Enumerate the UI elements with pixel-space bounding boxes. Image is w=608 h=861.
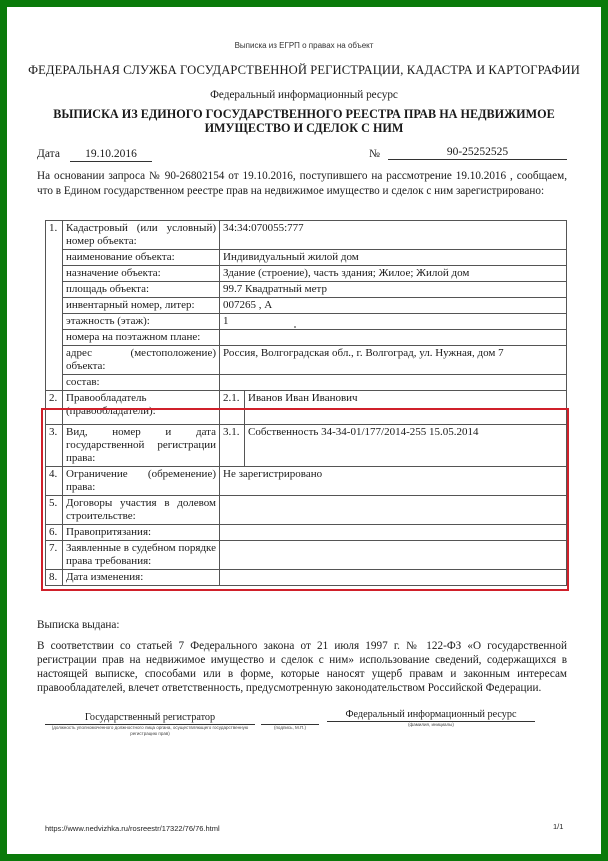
resource-name: Федеральный информационный ресурс: [7, 89, 601, 101]
signature-position-caption: (должность уполномоченного должностного …: [45, 725, 255, 736]
section-number: 4.: [46, 467, 63, 496]
row-label: инвентарный номер, литер:: [63, 298, 220, 314]
date-value: 19.10.2016: [70, 147, 152, 162]
section-number: 6.: [46, 525, 63, 541]
row-label: назначение объекта:: [63, 266, 220, 282]
table-row: состав:: [46, 375, 567, 391]
section-number: 2.: [46, 391, 63, 425]
document-page: Выписка из ЕГРП о правах на объект ФЕДЕР…: [7, 7, 601, 854]
table-row: этажность (этаж): 1: [46, 314, 567, 330]
footer-page-number: 1/1: [553, 822, 563, 831]
table-row: 2. Правообладатель (правообладатели): 2.…: [46, 391, 567, 425]
legal-notice: В соответствии со статьей 7 Федерального…: [37, 639, 567, 695]
row-value: Индивидуальный жилой дом: [220, 250, 567, 266]
row-value: [220, 570, 567, 586]
row-label: наименование объекта:: [63, 250, 220, 266]
table-row: 5. Договоры участия в долевом строительс…: [46, 496, 567, 525]
row-value: 1: [220, 314, 567, 330]
row-label: Дата изменения:: [63, 570, 220, 586]
row-value: [220, 541, 567, 570]
row-value: [220, 525, 567, 541]
top-caption: Выписка из ЕГРП о правах на объект: [7, 41, 601, 50]
document-title: ВЫПИСКА ИЗ ЕДИНОГО ГОСУДАРСТВЕННОГО РЕЕС…: [47, 107, 561, 135]
table-row: наименование объекта: Индивидуальный жил…: [46, 250, 567, 266]
table-row: площадь объекта: 99.7 Квадратный метр: [46, 282, 567, 298]
row-value: Иванов Иван Иванович: [245, 391, 567, 425]
signature-name-block: Федеральный информационный ресурс (фамил…: [327, 709, 535, 728]
scan-speck: [294, 326, 296, 328]
row-value: 007265 , А: [220, 298, 567, 314]
row-label: Правообладатель (правообладатели):: [63, 391, 220, 425]
row-label: Ограничение (обременение) права:: [63, 467, 220, 496]
number-value: 90-25252525: [388, 145, 567, 160]
row-value: Не зарегистрировано: [220, 467, 567, 496]
row-label: Заявленные в судебном порядке права треб…: [63, 541, 220, 570]
signature-sign-line: [261, 712, 319, 725]
date-label: Дата: [37, 148, 60, 160]
row-label: адрес (местоположение) объекта:: [63, 346, 220, 375]
row-label: площадь объекта:: [63, 282, 220, 298]
row-value: 99.7 Квадратный метр: [220, 282, 567, 298]
table-row: 1. Кадастровый (или условный) номер объе…: [46, 221, 567, 250]
table-row: 3. Вид, номер и дата государственной рег…: [46, 425, 567, 467]
row-label: Вид, номер и дата государственной регист…: [63, 425, 220, 467]
row-label: Правопритязания:: [63, 525, 220, 541]
signature-name: Федеральный информационный ресурс: [327, 709, 535, 722]
table-row: 4. Ограничение (обременение) права: Не з…: [46, 467, 567, 496]
table-row: 7. Заявленные в судебном порядке права т…: [46, 541, 567, 570]
section-number: 1.: [46, 221, 63, 391]
row-label: состав:: [63, 375, 220, 391]
row-label: этажность (этаж):: [63, 314, 220, 330]
table-row: адрес (местоположение) объекта: Россия, …: [46, 346, 567, 375]
signature-position: Государственный регистратор: [45, 712, 255, 725]
sub-number: 3.1.: [220, 425, 245, 467]
signature-position-block: Государственный регистратор (должность у…: [45, 712, 255, 736]
row-value: 34:34:070055:777: [220, 221, 567, 250]
row-label: Договоры участия в долевом строительстве…: [63, 496, 220, 525]
footer-url[interactable]: https://www.nedvizhka.ru/rosreestr/17322…: [45, 824, 220, 833]
section-number: 3.: [46, 425, 63, 467]
number-label: №: [369, 148, 380, 160]
row-value: Собственность 34-34-01/177/2014-255 15.0…: [245, 425, 567, 467]
table-row: 6. Правопритязания:: [46, 525, 567, 541]
row-label: Кадастровый (или условный) номер объекта…: [63, 221, 220, 250]
table-row: инвентарный номер, литер: 007265 , А: [46, 298, 567, 314]
signature-name-caption: (фамилия, инициалы): [327, 722, 535, 728]
table-row: 8. Дата изменения:: [46, 570, 567, 586]
section-number: 5.: [46, 496, 63, 525]
section-number: 7.: [46, 541, 63, 570]
row-value: [220, 330, 567, 346]
issued-label: Выписка выдана:: [37, 619, 119, 631]
row-value: [220, 496, 567, 525]
sub-number: 2.1.: [220, 391, 245, 425]
intro-paragraph: На основании запроса № 90-26802154 от 19…: [37, 169, 567, 198]
signature-sign-block: (подпись, М.П.): [261, 712, 319, 731]
signature-sign-caption: (подпись, М.П.): [261, 725, 319, 731]
registry-table: 1. Кадастровый (или условный) номер объе…: [45, 220, 567, 586]
table-row: назначение объекта: Здание (строение), ч…: [46, 266, 567, 282]
table-row: номера на поэтажном плане:: [46, 330, 567, 346]
row-value: Здание (строение), часть здания; Жилое; …: [220, 266, 567, 282]
row-value: Россия, Волгоградская обл., г. Волгоград…: [220, 346, 567, 375]
row-label: номера на поэтажном плане:: [63, 330, 220, 346]
row-value: [220, 375, 567, 391]
section-number: 8.: [46, 570, 63, 586]
agency-name: ФЕДЕРАЛЬНАЯ СЛУЖБА ГОСУДАРСТВЕННОЙ РЕГИС…: [7, 63, 601, 78]
